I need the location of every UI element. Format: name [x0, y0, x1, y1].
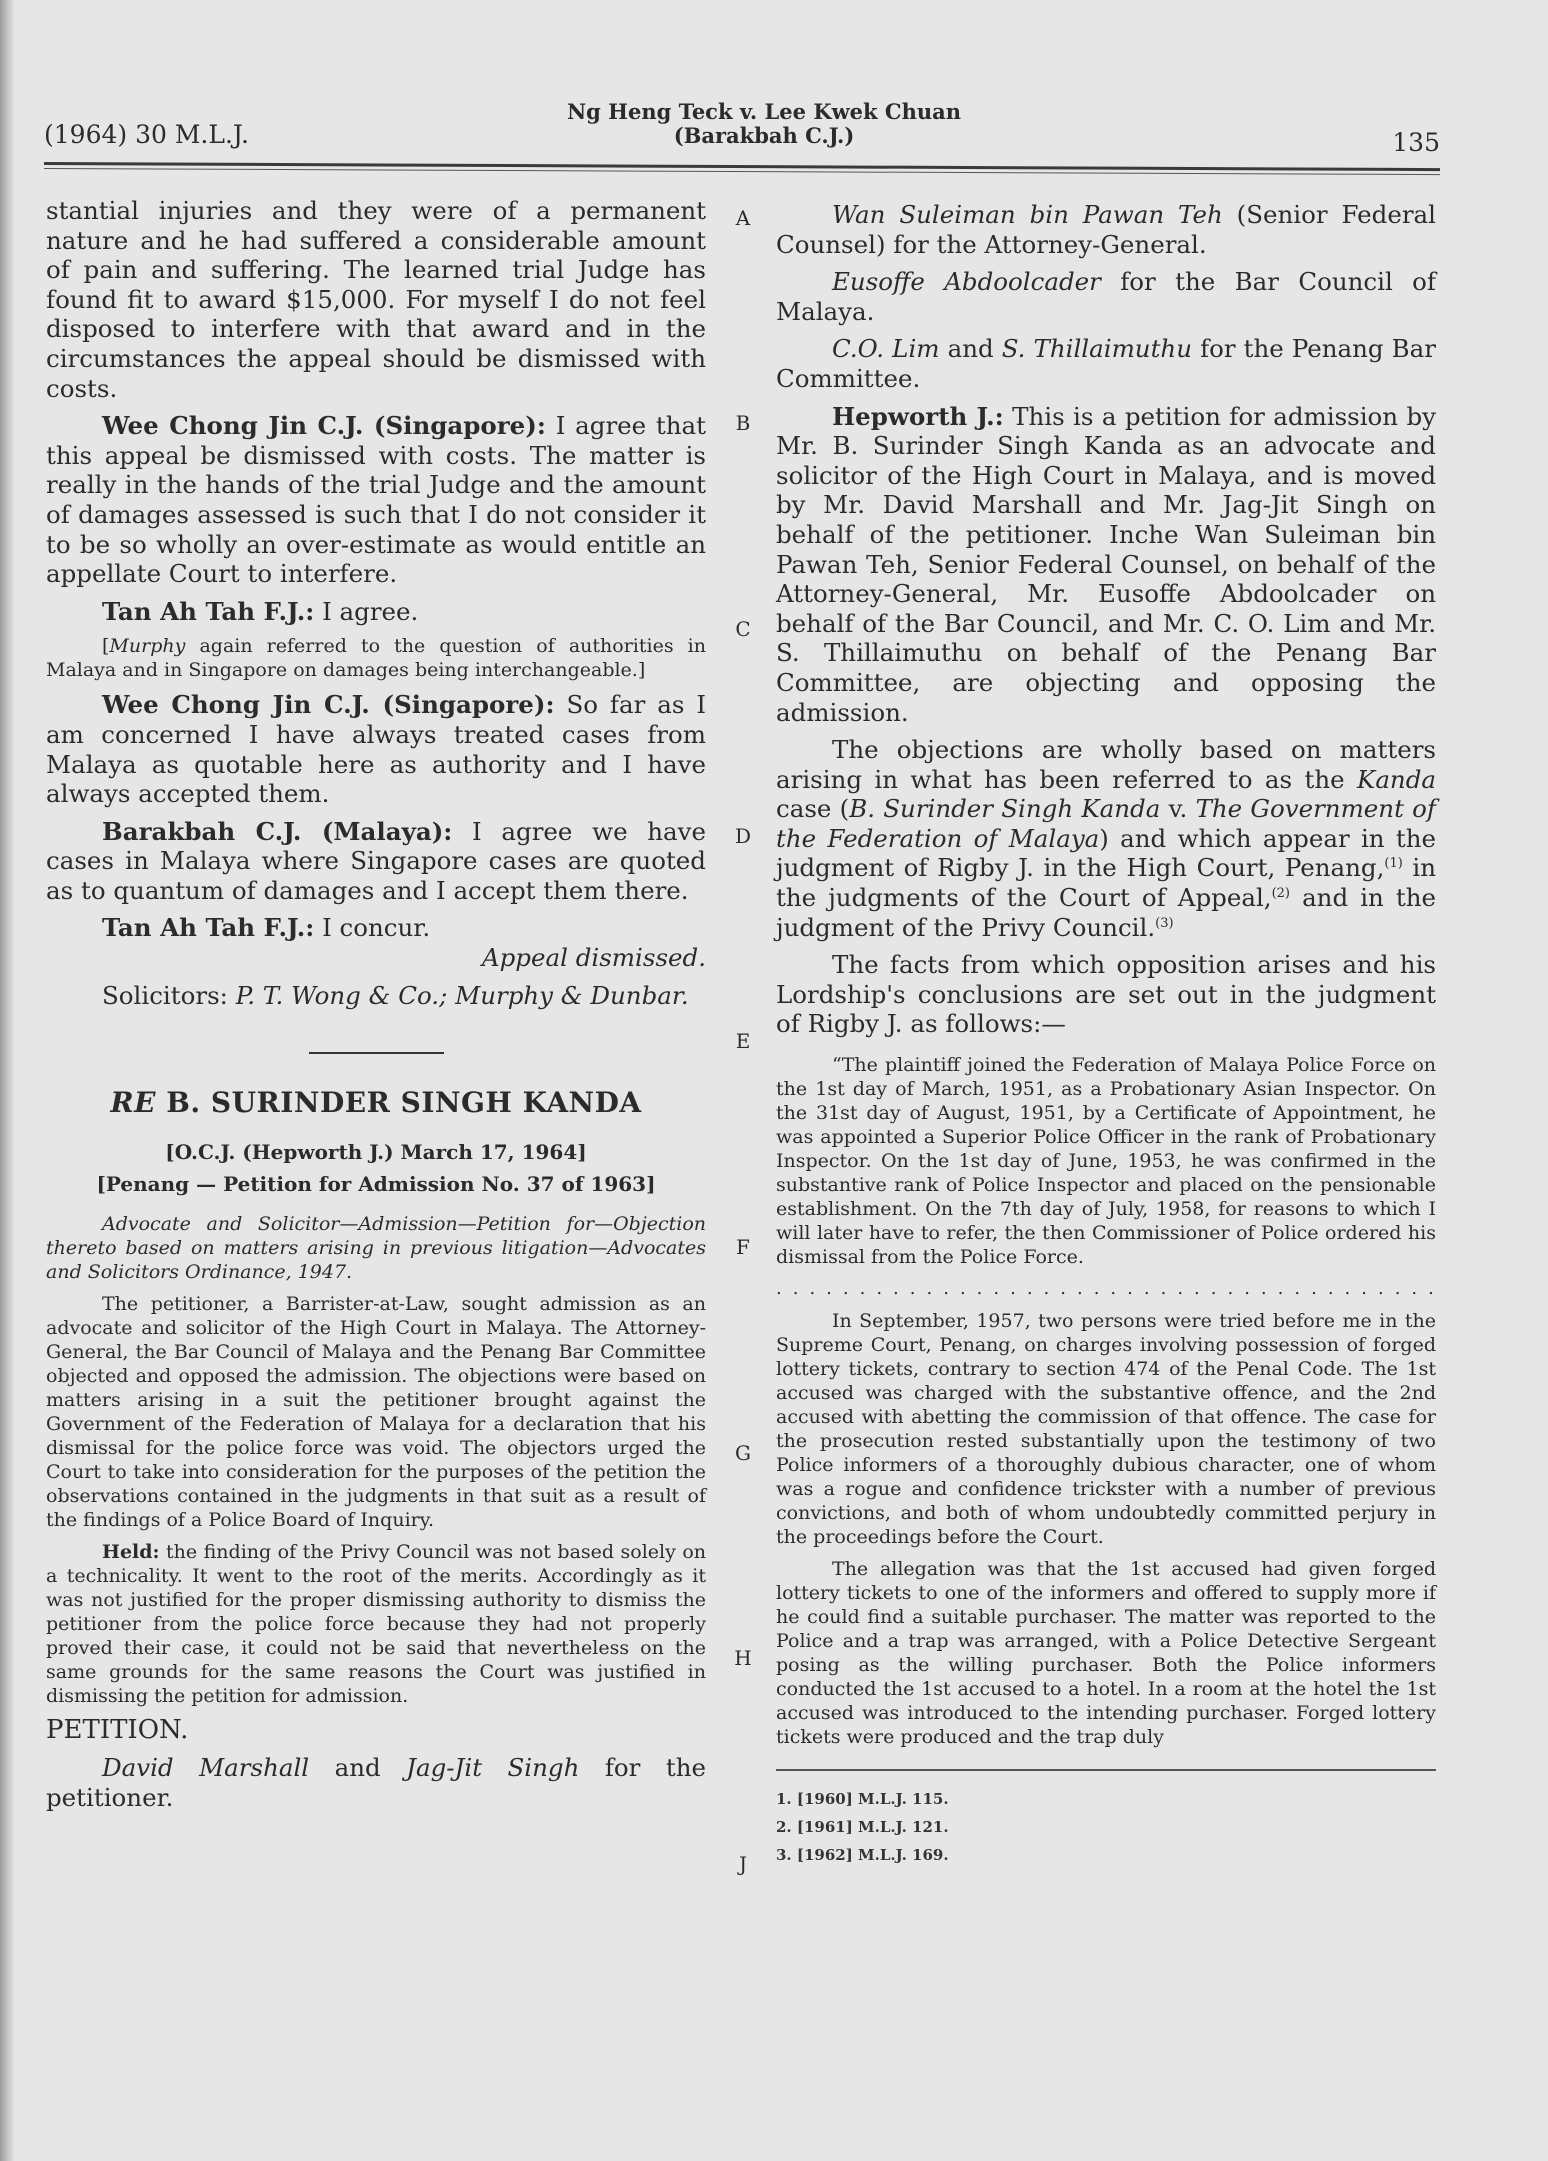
solicitors: Solicitors: P. T. Wong & Co.; Murphy & D… — [46, 981, 706, 1011]
editorial-note: [Murphy again referred to the question o… — [46, 634, 706, 682]
footnote-ref[interactable]: (2) — [1272, 886, 1290, 901]
catchwords: Advocate and Solicitor—Admission—Petitio… — [46, 1212, 706, 1284]
petition-heading: PETITION. — [46, 1716, 706, 1746]
margin-letter: G — [733, 1441, 753, 1465]
counsel: C.O. Lim and S. Thillaimuthu for the Pen… — [776, 334, 1436, 393]
judgment-paragraph: The objections are wholly based on matte… — [776, 735, 1436, 942]
margin-letter: A — [733, 206, 753, 230]
footnote-ref[interactable]: (1) — [1384, 856, 1402, 871]
case-title: RE B. SURINDER SINGH KANDA — [46, 1088, 706, 1118]
running-header: (1964) 30 M.L.J. Ng Heng Teck v. Lee Kwe… — [44, 100, 1440, 170]
headnote: The petitioner, a Barrister-at-Law, soug… — [46, 1292, 706, 1532]
held: Held: the finding of the Privy Council w… — [46, 1540, 706, 1708]
footnote-item: 3. [1962] M.L.J. 169. — [776, 1841, 1436, 1869]
footnote-item: 1. [1960] M.L.J. 115. — [776, 1785, 1436, 1813]
judge-name: (Barakbah C.J.) — [514, 124, 1014, 148]
running-title: Ng Heng Teck v. Lee Kwek Chuan (Barakbah… — [514, 100, 1014, 148]
judgment-paragraph: The facts from which opposition arises a… — [776, 950, 1436, 1039]
paragraph: stantial injuries and they were of a per… — [46, 196, 706, 403]
quoted-passage: “The plaintiff joined the Federation of … — [776, 1053, 1436, 1269]
right-column: Wan Suleiman bin Pawan Teh (Senior Feder… — [776, 200, 1436, 1869]
counsel: David Marshall and Jag-Jit Singh for the… — [46, 1753, 706, 1812]
footnote-item: 2. [1961] M.L.J. 121. — [776, 1813, 1436, 1841]
case-name: Ng Heng Teck v. Lee Kwek Chuan — [514, 100, 1014, 124]
proceeding: [Penang — Petition for Admission No. 37 … — [46, 1168, 706, 1200]
counsel: Eusoffe Abdoolcader for the Bar Council … — [776, 267, 1436, 326]
judgment-paragraph: Hepworth J.: This is a petition for admi… — [776, 402, 1436, 728]
paragraph: Tan Ah Tah F.J.: I concur. — [46, 913, 706, 943]
speaker: Wee Chong Jin C.J. (Singapore): — [102, 411, 546, 440]
speaker: Tan Ah Tah F.J.: — [102, 597, 314, 626]
footnote-ref[interactable]: (3) — [1155, 916, 1173, 931]
footnotes: 1. [1960] M.L.J. 115. 2. [1961] M.L.J. 1… — [776, 1785, 1436, 1869]
citation: (1964) 30 M.L.J. — [44, 120, 249, 149]
speaker: Hepworth J.: — [832, 402, 1004, 431]
margin-letter: B — [733, 411, 753, 435]
coram: [O.C.J. (Hepworth J.) March 17, 1964] — [46, 1136, 706, 1168]
result: Appeal dismissed. — [46, 943, 706, 973]
paragraph: Tan Ah Tah F.J.: I agree. — [46, 597, 706, 627]
section-divider — [309, 1052, 444, 1054]
margin-letter: H — [733, 1646, 753, 1670]
ellipsis-line: ........................................… — [776, 1277, 1436, 1301]
paragraph: Barakbah C.J. (Malaya): I agree we have … — [46, 817, 706, 906]
footnote-rule — [776, 1769, 1436, 1771]
speaker: Wee Chong Jin C.J. (Singapore): — [102, 690, 555, 719]
paragraph: Wee Chong Jin C.J. (Singapore): So far a… — [46, 690, 706, 808]
paragraph: Wee Chong Jin C.J. (Singapore): I agree … — [46, 411, 706, 589]
page-binding-shadow — [0, 0, 14, 2161]
quoted-passage: The allegation was that the 1st accused … — [776, 1557, 1436, 1749]
speaker: Tan Ah Tah F.J.: — [102, 913, 314, 942]
speaker: Barakbah C.J. (Malaya): — [102, 817, 452, 846]
margin-letter: E — [733, 1029, 753, 1053]
left-column: stantial injuries and they were of a per… — [46, 196, 706, 1821]
page-number: 135 — [1392, 128, 1440, 157]
margin-letter: F — [733, 1235, 753, 1259]
margin-letter: C — [733, 617, 753, 641]
quoted-passage: In September, 1957, two persons were tri… — [776, 1309, 1436, 1549]
counsel: Wan Suleiman bin Pawan Teh (Senior Feder… — [776, 200, 1436, 259]
margin-letter: J — [733, 1852, 753, 1876]
margin-letter: D — [733, 824, 753, 848]
